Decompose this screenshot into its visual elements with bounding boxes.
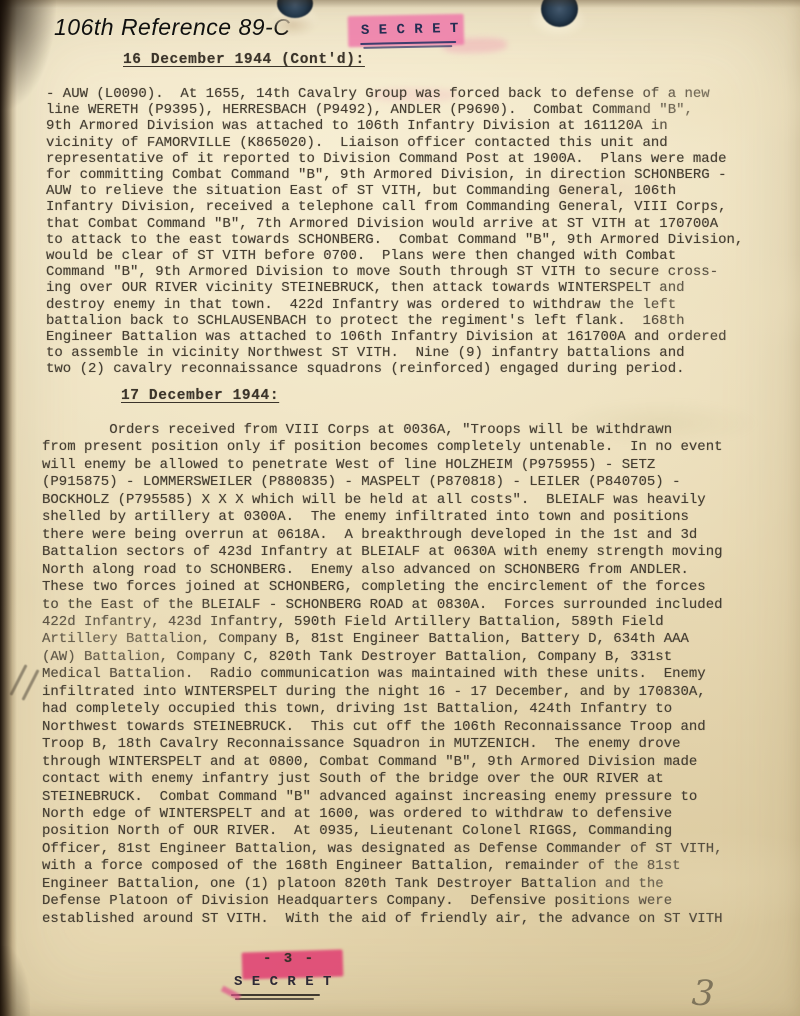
handwritten-page-number: 3 (691, 973, 716, 1014)
text-line: Orders received from VIII Corps at 0036A… (42, 422, 723, 439)
text-line: with a force composed of the 168th Engin… (42, 858, 723, 875)
paper-edge (0, 0, 800, 8)
text-line: from present position only if position b… (42, 439, 723, 456)
text-line: battalion back to SCHLAUSENBACH to prote… (46, 313, 743, 329)
text-line: would be clear of ST VITH before 0700. P… (46, 248, 743, 264)
text-line: to the East of the BLEIALF - SCHONBERG R… (42, 597, 723, 614)
text-line: North along road to SCHONBERG. Enemy als… (42, 562, 723, 579)
text-line: that Combat Command "B", 7th Armored Div… (46, 216, 743, 232)
text-line: Command "B", 9th Armored Division to mov… (46, 264, 743, 280)
text-line: contact with enemy infantry just South o… (42, 771, 723, 788)
text-line: North edge of WINTERSPELT and at 1600, w… (42, 806, 723, 823)
paragraph-16-dec: - AUW (L0090). At 1655, 14th Cavalry Gro… (46, 86, 743, 378)
text-line: shelled by artillery at 0300A. The enemy… (42, 509, 723, 526)
text-line: destroy enemy in that town. 422d Infantr… (46, 297, 743, 313)
text-line: BOCKHOLZ (P795585) X X X which will be h… (42, 492, 723, 509)
text-line: (P915875) - LOMMERSWEILER (P880835) - MA… (42, 474, 723, 491)
secret-stamp-text: S E C R E T (361, 21, 459, 39)
text-line: Engineer Battalion was attached to 106th… (46, 329, 743, 345)
page-number: - 3 - (263, 951, 315, 967)
text-line: to attack to the east towards SCHONBERG.… (46, 232, 743, 248)
paragraph-17-dec: Orders received from VIII Corps at 0036A… (42, 422, 723, 928)
section-heading-17-dec: 17 December 1944: (121, 388, 279, 404)
text-line: vicinity of FAMORVILLE (K865020). Liaiso… (46, 135, 743, 151)
text-line: Artillery Battalion, Company B, 81st Eng… (42, 631, 723, 648)
document-page: 106th Reference 89-C S E C R E T 16 Dece… (0, 0, 800, 1016)
text-line: Engineer Battalion, one (1) platoon 820t… (42, 876, 723, 893)
text-line: there were being overrun at 0618A. A bre… (42, 527, 723, 544)
text-line: These two forces joined at SCHONBERG, co… (42, 579, 723, 596)
text-line: will enemy be allowed to penetrate West … (42, 457, 723, 474)
text-line: line WERETH (P9395), HERRESBACH (P9492),… (46, 102, 743, 118)
text-line: Officer, 81st Engineer Battalion, was de… (42, 841, 723, 858)
secret-stamp-bottom-text: S E C R E T (234, 974, 332, 990)
text-line: established around ST VITH. With the aid… (42, 911, 723, 928)
paper-edge (0, 0, 17, 1016)
text-line: to assemble in vicinity Northwest ST VIT… (46, 345, 743, 361)
text-line: infiltrated into WINTERSPELT during the … (42, 684, 723, 701)
text-line: Northwest towards STEINEBRUCK. This cut … (42, 719, 723, 736)
stamp-underline (231, 994, 320, 996)
section-heading-16-dec: 16 December 1944 (Cont'd): (123, 52, 365, 68)
text-line: AUW to relieve the situation East of ST … (46, 183, 743, 199)
text-line: Battalion sectors of 423d Infantry at BL… (42, 544, 723, 561)
text-line: 422d Infantry, 423d Infantry, 590th Fiel… (42, 614, 723, 631)
paper-corner-shadow (0, 946, 30, 1016)
text-line: Infantry Division, received a telephone … (46, 199, 743, 215)
text-line: (AW) Battalion, Company C, 820th Tank De… (42, 649, 723, 666)
text-line: Troop B, 18th Cavalry Reconnaissance Squ… (42, 736, 723, 753)
text-line: had completely occupied this town, drivi… (42, 701, 723, 718)
text-line: ing over OUR RIVER vicinity STEINEBRUCK,… (46, 280, 743, 296)
text-line: position North of OUR RIVER. At 0935, Li… (42, 823, 723, 840)
text-line: through WINTERSPELT and at 0800, Combat … (42, 754, 723, 771)
text-line: for committing Combat Command "B", 9th A… (46, 167, 743, 183)
text-line: Defense Platoon of Division Headquarters… (42, 893, 723, 910)
paper-corner-shadow (0, 0, 56, 110)
text-line: STEINEBRUCK. Combat Command "B" advanced… (42, 789, 723, 806)
secret-stamp-bottom: - 3 - S E C R E T (233, 949, 353, 1005)
pencil-margin-mark (21, 669, 39, 701)
text-line: two (2) cavalry reconnaissance squadrons… (46, 361, 743, 377)
secret-stamp-top: S E C R E T (348, 14, 467, 52)
text-line: - AUW (L0090). At 1655, 14th Cavalry Gro… (46, 86, 743, 102)
stamp-underline (235, 998, 314, 1000)
text-line: Medical Battalion. Radio communication w… (42, 666, 723, 683)
text-line: 9th Armored Division was attached to 106… (46, 118, 743, 134)
reference-label: 106th Reference 89-C (54, 14, 290, 41)
text-line: representative of it reported to Divisio… (46, 151, 743, 167)
